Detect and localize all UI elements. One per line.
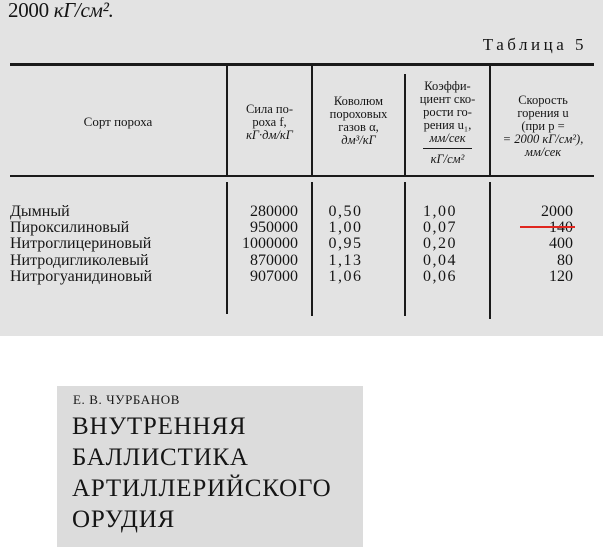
table-cell: 1,00 xyxy=(406,204,474,220)
header-unit-denominator: кГ/см² xyxy=(406,153,489,166)
title-line: ВНУТРЕННЯЯ xyxy=(72,411,331,442)
table-cell: Нитрогуанидиновый xyxy=(10,269,152,285)
table-cell: 120 xyxy=(491,269,573,285)
table-header-rule xyxy=(10,175,594,177)
table-cell: Дымный xyxy=(10,204,152,220)
table-cell: 950000 xyxy=(228,220,298,236)
table-cell: 1,06 xyxy=(313,269,378,285)
header-line: мм/сек xyxy=(491,146,595,159)
table-cell: 280000 xyxy=(228,204,298,220)
table-cell: 0,20 xyxy=(406,236,474,252)
table-cell: 0,06 xyxy=(406,269,474,285)
column-grade: Дымный Пироксилиновый Нитроглицериновый … xyxy=(10,204,152,285)
table-cell: 1000000 xyxy=(228,236,298,252)
book-title: ВНУТРЕННЯЯ БАЛЛИСТИКА АРТИЛЛЕРИЙСКОГО ОР… xyxy=(72,411,331,535)
table-cell: 2000 xyxy=(491,204,573,220)
table-cell: 1,13 xyxy=(313,253,378,269)
title-line: БАЛЛИСТИКА xyxy=(72,442,331,473)
book-cover-label: Е. В. ЧУРБАНОВ ВНУТРЕННЯЯ БАЛЛИСТИКА АРТ… xyxy=(57,386,363,547)
header-unit-numerator: мм/сек xyxy=(423,132,471,149)
table-cell: 870000 xyxy=(228,253,298,269)
table-cell: 0,07 xyxy=(406,220,474,236)
column-burn-rate: 2000 140 400 80 120 xyxy=(491,204,573,285)
table-top-rule xyxy=(10,63,594,66)
column-coefficient: 1,00 0,07 0,20 0,04 0,06 xyxy=(406,204,474,285)
column-covolume: 0,50 1,00 0,95 1,13 1,06 xyxy=(313,204,378,285)
lead-number: 2000 xyxy=(8,0,49,22)
header-unit: кГ·дм/кГ xyxy=(246,128,293,142)
table-cell: 1,00 xyxy=(313,220,378,236)
column-force: 280000 950000 1000000 870000 907000 xyxy=(228,204,298,285)
title-line: АРТИЛЛЕРИЙСКОГО xyxy=(72,473,331,504)
table-cell: 400 xyxy=(491,236,573,252)
header-force: Сила по- роха f, кГ·дм/кГ xyxy=(228,103,311,142)
table-cell: 0,95 xyxy=(313,236,378,252)
table-cell: Пироксилиновый xyxy=(10,220,152,236)
table-cell: Нитродигликолевый xyxy=(10,253,152,269)
title-line: ОРУДИЯ xyxy=(72,504,331,535)
header-unit: дм³/кГ xyxy=(341,133,375,147)
table-cell: 80 xyxy=(491,253,573,269)
header-burn-rate: Скорость горения u (при p = = 2000 кГ/см… xyxy=(491,94,595,159)
header-unit: мм/сек xyxy=(525,145,561,159)
table-cell: 0,04 xyxy=(406,253,474,269)
header-unit: кГ/см² xyxy=(431,152,465,166)
table-caption: Таблица 5 xyxy=(483,35,587,55)
red-underline-annotation xyxy=(520,226,575,228)
header-grade: Сорт пороха xyxy=(10,115,226,128)
header-line: кГ·дм/кГ xyxy=(228,129,311,142)
header-covolume: Коволюм пороховых газов α, дм³/кГ xyxy=(313,95,404,147)
scanned-page: 2000 кГ/см². Таблица 5 Сорт пороха Сила … xyxy=(0,0,603,336)
book-author: Е. В. ЧУРБАНОВ xyxy=(73,392,180,408)
table-cell: 907000 xyxy=(228,269,298,285)
header-coefficient: Коэффи- циент ско- рости го- рения u₁, м… xyxy=(406,80,489,166)
table-cell: 140 xyxy=(491,220,573,236)
lead-unit: кГ/см². xyxy=(54,0,114,22)
header-unit: мм/сек xyxy=(429,131,465,145)
lead-text: 2000 кГ/см². xyxy=(8,0,114,23)
table-cell: 0,50 xyxy=(313,204,378,220)
table-cell: Нитроглицериновый xyxy=(10,236,152,252)
header-line: дм³/кГ xyxy=(313,134,404,147)
